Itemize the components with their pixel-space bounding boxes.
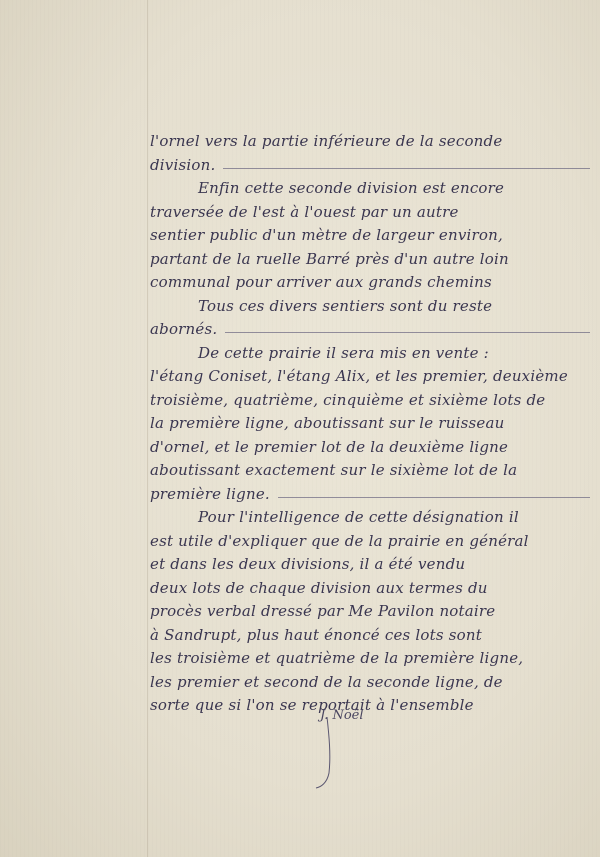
manuscript-line-text: traversée de l'est à l'ouest par un autr… bbox=[150, 203, 459, 221]
manuscript-line: sentier public d'un mètre de largeur env… bbox=[150, 224, 590, 248]
manuscript-line: Enfin cette seconde division est encore bbox=[150, 177, 590, 201]
manuscript-line: la première ligne, aboutissant sur le ru… bbox=[150, 412, 590, 436]
manuscript-line: division. bbox=[150, 154, 590, 178]
manuscript-line-text: division. bbox=[150, 154, 215, 178]
manuscript-line: Tous ces divers sentiers sont du reste bbox=[150, 295, 590, 319]
manuscript-line-text: et dans les deux divisions, il a été ven… bbox=[150, 555, 465, 573]
manuscript-line: troisième, quatrième, cinquième et sixiè… bbox=[150, 389, 590, 413]
manuscript-line-text: est utile d'expliquer que de la prairie … bbox=[150, 532, 529, 550]
manuscript-line-text: l'étang Coniset, l'étang Alix, et les pr… bbox=[150, 367, 568, 385]
manuscript-line: les troisième et quatrième de la premièr… bbox=[150, 647, 590, 671]
manuscript-line-text: aboutissant exactement sur le sixième lo… bbox=[150, 461, 517, 479]
manuscript-line-text: deux lots de chaque division aux termes … bbox=[150, 579, 488, 597]
manuscript-line-text: l'ornel vers la partie inférieure de la … bbox=[150, 132, 502, 150]
manuscript-line: aboutissant exactement sur le sixième lo… bbox=[150, 459, 590, 483]
manuscript-line-text: d'ornel, et le premier lot de la deuxièm… bbox=[150, 438, 508, 456]
line-filler-rule bbox=[223, 168, 590, 169]
signature-flourish-icon bbox=[315, 715, 345, 790]
manuscript-line-text: les premier et second de la seconde lign… bbox=[150, 673, 503, 691]
manuscript-line: les premier et second de la seconde lign… bbox=[150, 671, 590, 695]
manuscript-line: première ligne. bbox=[150, 483, 590, 507]
manuscript-line: et dans les deux divisions, il a été ven… bbox=[150, 553, 590, 577]
manuscript-line: deux lots de chaque division aux termes … bbox=[150, 577, 590, 601]
manuscript-line-text: partant de la ruelle Barré près d'un aut… bbox=[150, 250, 509, 268]
manuscript-line: l'étang Coniset, l'étang Alix, et les pr… bbox=[150, 365, 590, 389]
line-filler-rule bbox=[225, 332, 590, 333]
manuscript-line: est utile d'expliquer que de la prairie … bbox=[150, 530, 590, 554]
manuscript-line-text: De cette prairie il sera mis en vente : bbox=[198, 344, 489, 362]
manuscript-line-text: sentier public d'un mètre de largeur env… bbox=[150, 226, 503, 244]
manuscript-line-text: la première ligne, aboutissant sur le ru… bbox=[150, 414, 504, 432]
manuscript-line-text: sorte que si l'on se reportait à l'ensem… bbox=[150, 696, 474, 714]
manuscript-line: Pour l'intelligence de cette désignation… bbox=[150, 506, 590, 530]
manuscript-line-text: Enfin cette seconde division est encore bbox=[198, 179, 504, 197]
manuscript-line: procès verbal dressé par Me Pavilon nota… bbox=[150, 600, 590, 624]
manuscript-line: sorte que si l'on se reportait à l'ensem… bbox=[150, 694, 590, 718]
manuscript-line-text: procès verbal dressé par Me Pavilon nota… bbox=[150, 602, 495, 620]
manuscript-line-text: première ligne. bbox=[150, 483, 270, 507]
manuscript-line: communal pour arriver aux grands chemins bbox=[150, 271, 590, 295]
manuscript-line: De cette prairie il sera mis en vente : bbox=[150, 342, 590, 366]
manuscript-line-text: Pour l'intelligence de cette désignation… bbox=[198, 508, 519, 526]
line-filler-rule bbox=[278, 497, 590, 498]
manuscript-line-text: communal pour arriver aux grands chemins bbox=[150, 273, 492, 291]
manuscript-line: abornés. bbox=[150, 318, 590, 342]
handwritten-text-block: l'ornel vers la partie inférieure de la … bbox=[150, 130, 590, 718]
manuscript-line: d'ornel, et le premier lot de la deuxièm… bbox=[150, 436, 590, 460]
manuscript-page: l'ornel vers la partie inférieure de la … bbox=[0, 0, 600, 857]
manuscript-line: à Sandrupt, plus haut énoncé ces lots so… bbox=[150, 624, 590, 648]
manuscript-line-text: les troisième et quatrième de la premièr… bbox=[150, 649, 523, 667]
manuscript-line: traversée de l'est à l'ouest par un autr… bbox=[150, 201, 590, 225]
manuscript-line: partant de la ruelle Barré près d'un aut… bbox=[150, 248, 590, 272]
manuscript-line-text: troisième, quatrième, cinquième et sixiè… bbox=[150, 391, 545, 409]
manuscript-line-text: Tous ces divers sentiers sont du reste bbox=[198, 297, 492, 315]
manuscript-line-text: à Sandrupt, plus haut énoncé ces lots so… bbox=[150, 626, 482, 644]
manuscript-line: l'ornel vers la partie inférieure de la … bbox=[150, 130, 590, 154]
manuscript-line-text: abornés. bbox=[150, 318, 217, 342]
margin-line bbox=[147, 0, 148, 857]
